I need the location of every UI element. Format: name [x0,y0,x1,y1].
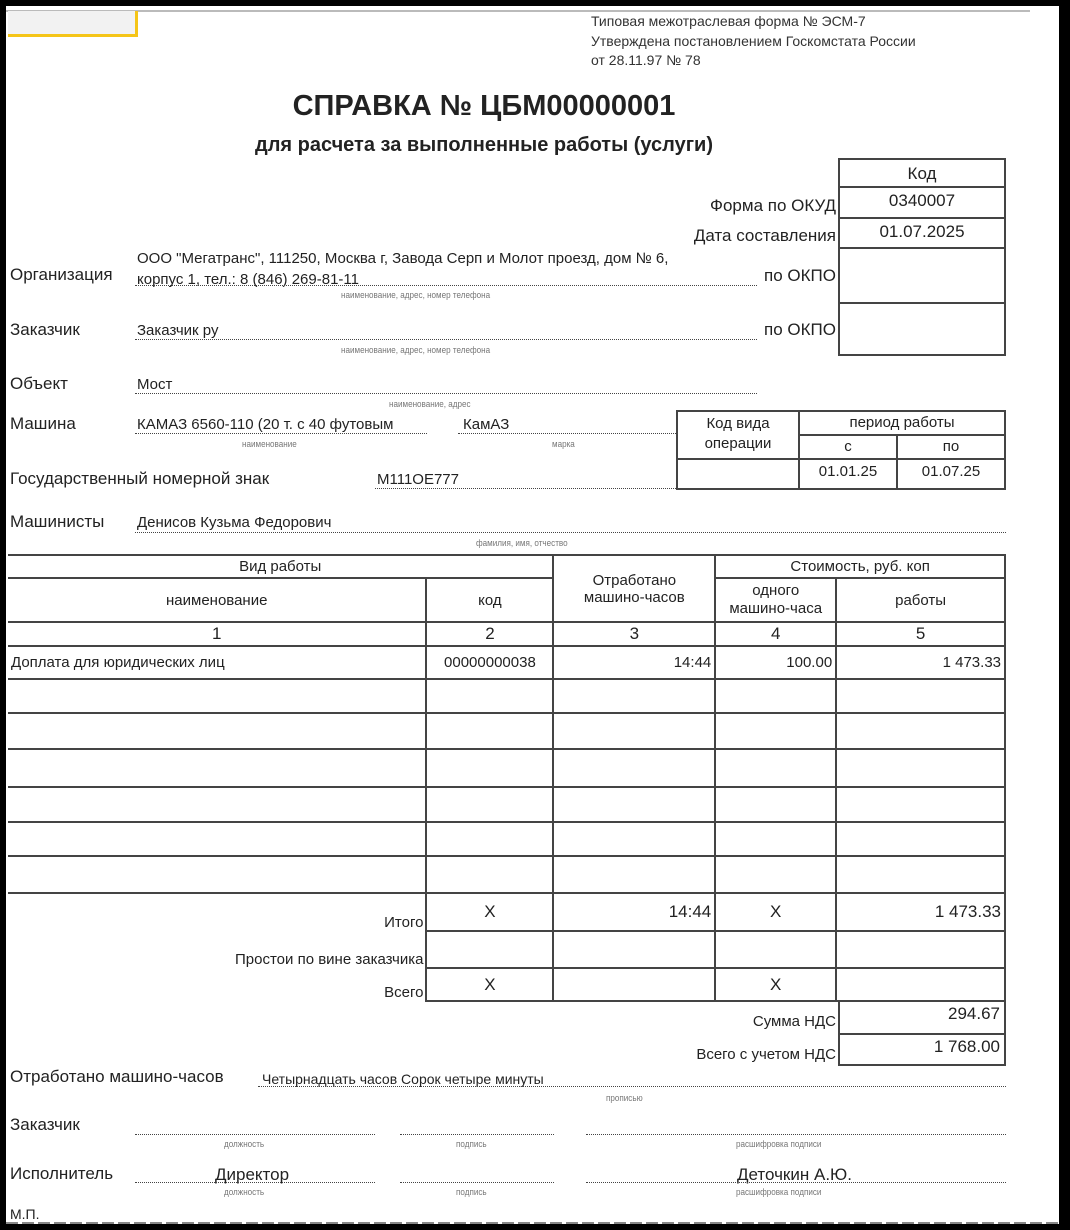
hours-words-label: Отработано машино-часов [10,1067,224,1087]
row-name [8,679,426,713]
period-from-label: с [800,436,896,458]
object-value: Мост [137,376,172,393]
total-label: Всего [8,968,426,1001]
code-header: код [426,578,553,622]
sign-customer-decode-caption: расшифровка подписи [736,1139,821,1149]
table-row[interactable] [8,713,1005,749]
form-note-line3: от 28.11.97 № 78 [591,51,916,71]
downtime-hours [553,931,715,968]
row-cost [836,856,1005,893]
row-unit-cost [715,787,836,822]
row-unit-cost [715,822,836,856]
row-cost [836,787,1005,822]
document-subtitle: для расчета за выполненные работы (услуг… [6,134,962,157]
sign-executor-label: Исполнитель [10,1164,113,1184]
stamp-placeholder: М.П. [10,1206,40,1222]
row-unit-cost [715,679,836,713]
object-caption: наименование, адрес [389,399,471,409]
sign-executor-position-caption: должность [224,1187,264,1197]
plate-value: М111ОЕ777 [377,471,459,488]
total-unit: X [715,968,836,1001]
row-cost [836,822,1005,856]
row-cost [836,713,1005,749]
sign-executor-signature-line [400,1182,554,1183]
itogo-cost: 1 473.33 [836,893,1005,931]
hours-header: Отработано машино-часов [553,555,715,622]
customer-okpo-value [840,304,1004,354]
row-name [8,713,426,749]
row-code [426,679,553,713]
machine-name: КАМАЗ 6560-110 (20 т. с 40 футовым [137,416,427,433]
customer-caption: наименование, адрес, номер телефона [341,345,490,355]
downtime-row: Простои по вине заказчика [8,931,1005,968]
org-okpo-value [840,249,1004,304]
organization-label: Организация [10,265,113,285]
col-number-3: 3 [553,622,715,646]
form-note: Типовая межотраслевая форма № ЭСМ-7 Утве… [591,12,916,71]
organization-line1: ООО "Мегатранс", 111250, Москва г, Завод… [137,250,668,267]
hours-header-line2: машино-часов [557,589,711,606]
operators-value: Денисов Кузьма Федорович [137,514,331,531]
row-hours [553,749,715,787]
works-table: Вид работы Отработано машино-часов Стоим… [8,554,1006,1002]
itogo-code: X [426,893,553,931]
sign-executor-signature-caption: подпись [456,1187,487,1197]
table-row[interactable]: Доплата для юридических лиц 00000000038 … [8,646,1005,679]
sign-customer-position-caption: должность [224,1139,264,1149]
sign-customer-signature-caption: подпись [456,1139,487,1149]
plate-label: Государственный номерной знак [10,469,269,489]
codes-header: Код [840,160,1004,188]
customer-value: Заказчик ру [137,322,218,339]
work-cost-header: работы [836,578,1005,622]
col-number-2: 2 [426,622,553,646]
row-cost: 1 473.33 [836,646,1005,679]
plate-underline [375,488,676,489]
customer-label: Заказчик [10,320,80,340]
unit-cost-header-line1: одного [719,582,832,600]
sheet-edge [1059,6,1062,1224]
col-number-5: 5 [836,622,1005,646]
document-sheet: Типовая межотраслевая форма № ЭСМ-7 Утве… [6,6,1062,1224]
downtime-label: Простои по вине заказчика [8,931,426,968]
sign-executor-decode-line [586,1182,1006,1183]
sign-customer-position-line [135,1134,375,1135]
table-row[interactable] [8,679,1005,713]
table-row[interactable] [8,822,1005,856]
col-number-1: 1 [8,622,426,646]
row-name [8,749,426,787]
unit-cost-header-line2: машино-часа [719,600,832,618]
col-number-4: 4 [715,622,836,646]
hours-words-underline [258,1086,1006,1087]
row-code [426,856,553,893]
machine-brand-underline [458,433,676,434]
row-cost [836,749,1005,787]
active-cell-selector[interactable] [8,11,138,37]
table-row[interactable] [8,749,1005,787]
codes-box: Код 0340007 01.07.2025 [838,158,1006,356]
downtime-code [426,931,553,968]
table-row[interactable] [8,856,1005,893]
hours-header-line1: Отработано [557,572,711,589]
sign-customer-label: Заказчик [10,1115,80,1135]
operators-label: Машинисты [10,512,104,532]
row-hours [553,679,715,713]
total-code: X [426,968,553,1001]
document-title: СПРАВКА № ЦБМ00000001 [6,90,962,123]
organization-underline [135,285,757,286]
unit-cost-header: одного машино-часа [715,578,836,622]
total-cost [836,968,1005,1001]
object-underline [135,393,757,394]
itogo-label: Итого [8,893,426,931]
date-label: Дата составления [626,226,836,246]
row-code [426,749,553,787]
downtime-cost [836,931,1005,968]
machine-brand: КамАЗ [463,416,509,433]
sign-executor-position-line [135,1182,375,1183]
row-unit-cost: 100.00 [715,646,836,679]
page-break-line [6,1222,1062,1224]
row-unit-cost [715,856,836,893]
cost-header: Стоимость, руб. коп [715,555,1005,578]
customer-underline [135,339,757,340]
okud-value: 0340007 [840,188,1004,219]
row-hours [553,822,715,856]
object-label: Объект [10,374,68,394]
machine-name-underline [135,433,427,434]
row-code [426,822,553,856]
operators-caption: фамилия, имя, отчество [476,538,568,548]
vat-label: Сумма НДС [626,1013,836,1030]
machine-label: Машина [10,414,76,434]
date-value: 01.07.2025 [840,219,1004,249]
row-code: 00000000038 [426,646,553,679]
downtime-unit [715,931,836,968]
itogo-row: Итого X 14:44 X 1 473.33 [8,893,1005,931]
row-hours: 14:44 [553,646,715,679]
okud-label: Форма по ОКУД [626,196,836,216]
vat-box: 294.67 1 768.00 [838,1000,1006,1066]
row-unit-cost [715,713,836,749]
row-hours [553,856,715,893]
op-code-label-2: операции [678,434,798,454]
hours-words-caption: прописью [606,1093,643,1103]
form-note-line1: Типовая межотраслевая форма № ЭСМ-7 [591,12,916,32]
organization-caption: наименование, адрес, номер телефона [341,290,490,300]
table-row[interactable] [8,787,1005,822]
row-name [8,822,426,856]
itogo-hours: 14:44 [553,893,715,931]
row-cost [836,679,1005,713]
period-to-value: 01.07.25 [898,460,1004,484]
sign-customer-signature-line [400,1134,554,1135]
hours-words-value: Четырнадцать часов Сорок четыре минуты [262,1071,544,1087]
sign-customer-decode-line [586,1134,1006,1135]
vat-value: 294.67 [948,1004,1000,1024]
machine-name-caption: наименование [242,439,297,449]
period-header: период работы [800,412,1004,434]
sign-executor-decode-caption: расшифровка подписи [736,1187,821,1197]
work-type-header: Вид работы [8,555,553,578]
total-row: Всего X X [8,968,1005,1001]
period-from-value: 01.01.25 [800,460,896,484]
org-okpo-label: по ОКПО [706,266,836,286]
row-code [426,713,553,749]
total-with-vat-value: 1 768.00 [934,1037,1000,1057]
row-hours [553,787,715,822]
form-note-line2: Утверждена постановлением Госкомстата Ро… [591,32,916,52]
customer-okpo-label: по ОКПО [706,320,836,340]
name-header: наименование [8,578,426,622]
row-name: Доплата для юридических лиц [8,646,426,679]
column-numbers-row: 1 2 3 4 5 [8,622,1005,646]
period-to-label: по [898,436,1004,458]
row-code [426,787,553,822]
row-name [8,856,426,893]
period-box: Код вида операции период работы с по 01.… [676,410,1006,490]
machine-brand-caption: марка [552,439,575,449]
total-hours [553,968,715,1001]
row-unit-cost [715,749,836,787]
operators-underline [135,532,1006,533]
op-code-label-1: Код вида [678,414,798,434]
total-with-vat-label: Всего с учетом НДС [626,1046,836,1063]
row-hours [553,713,715,749]
row-name [8,787,426,822]
itogo-unit: X [715,893,836,931]
